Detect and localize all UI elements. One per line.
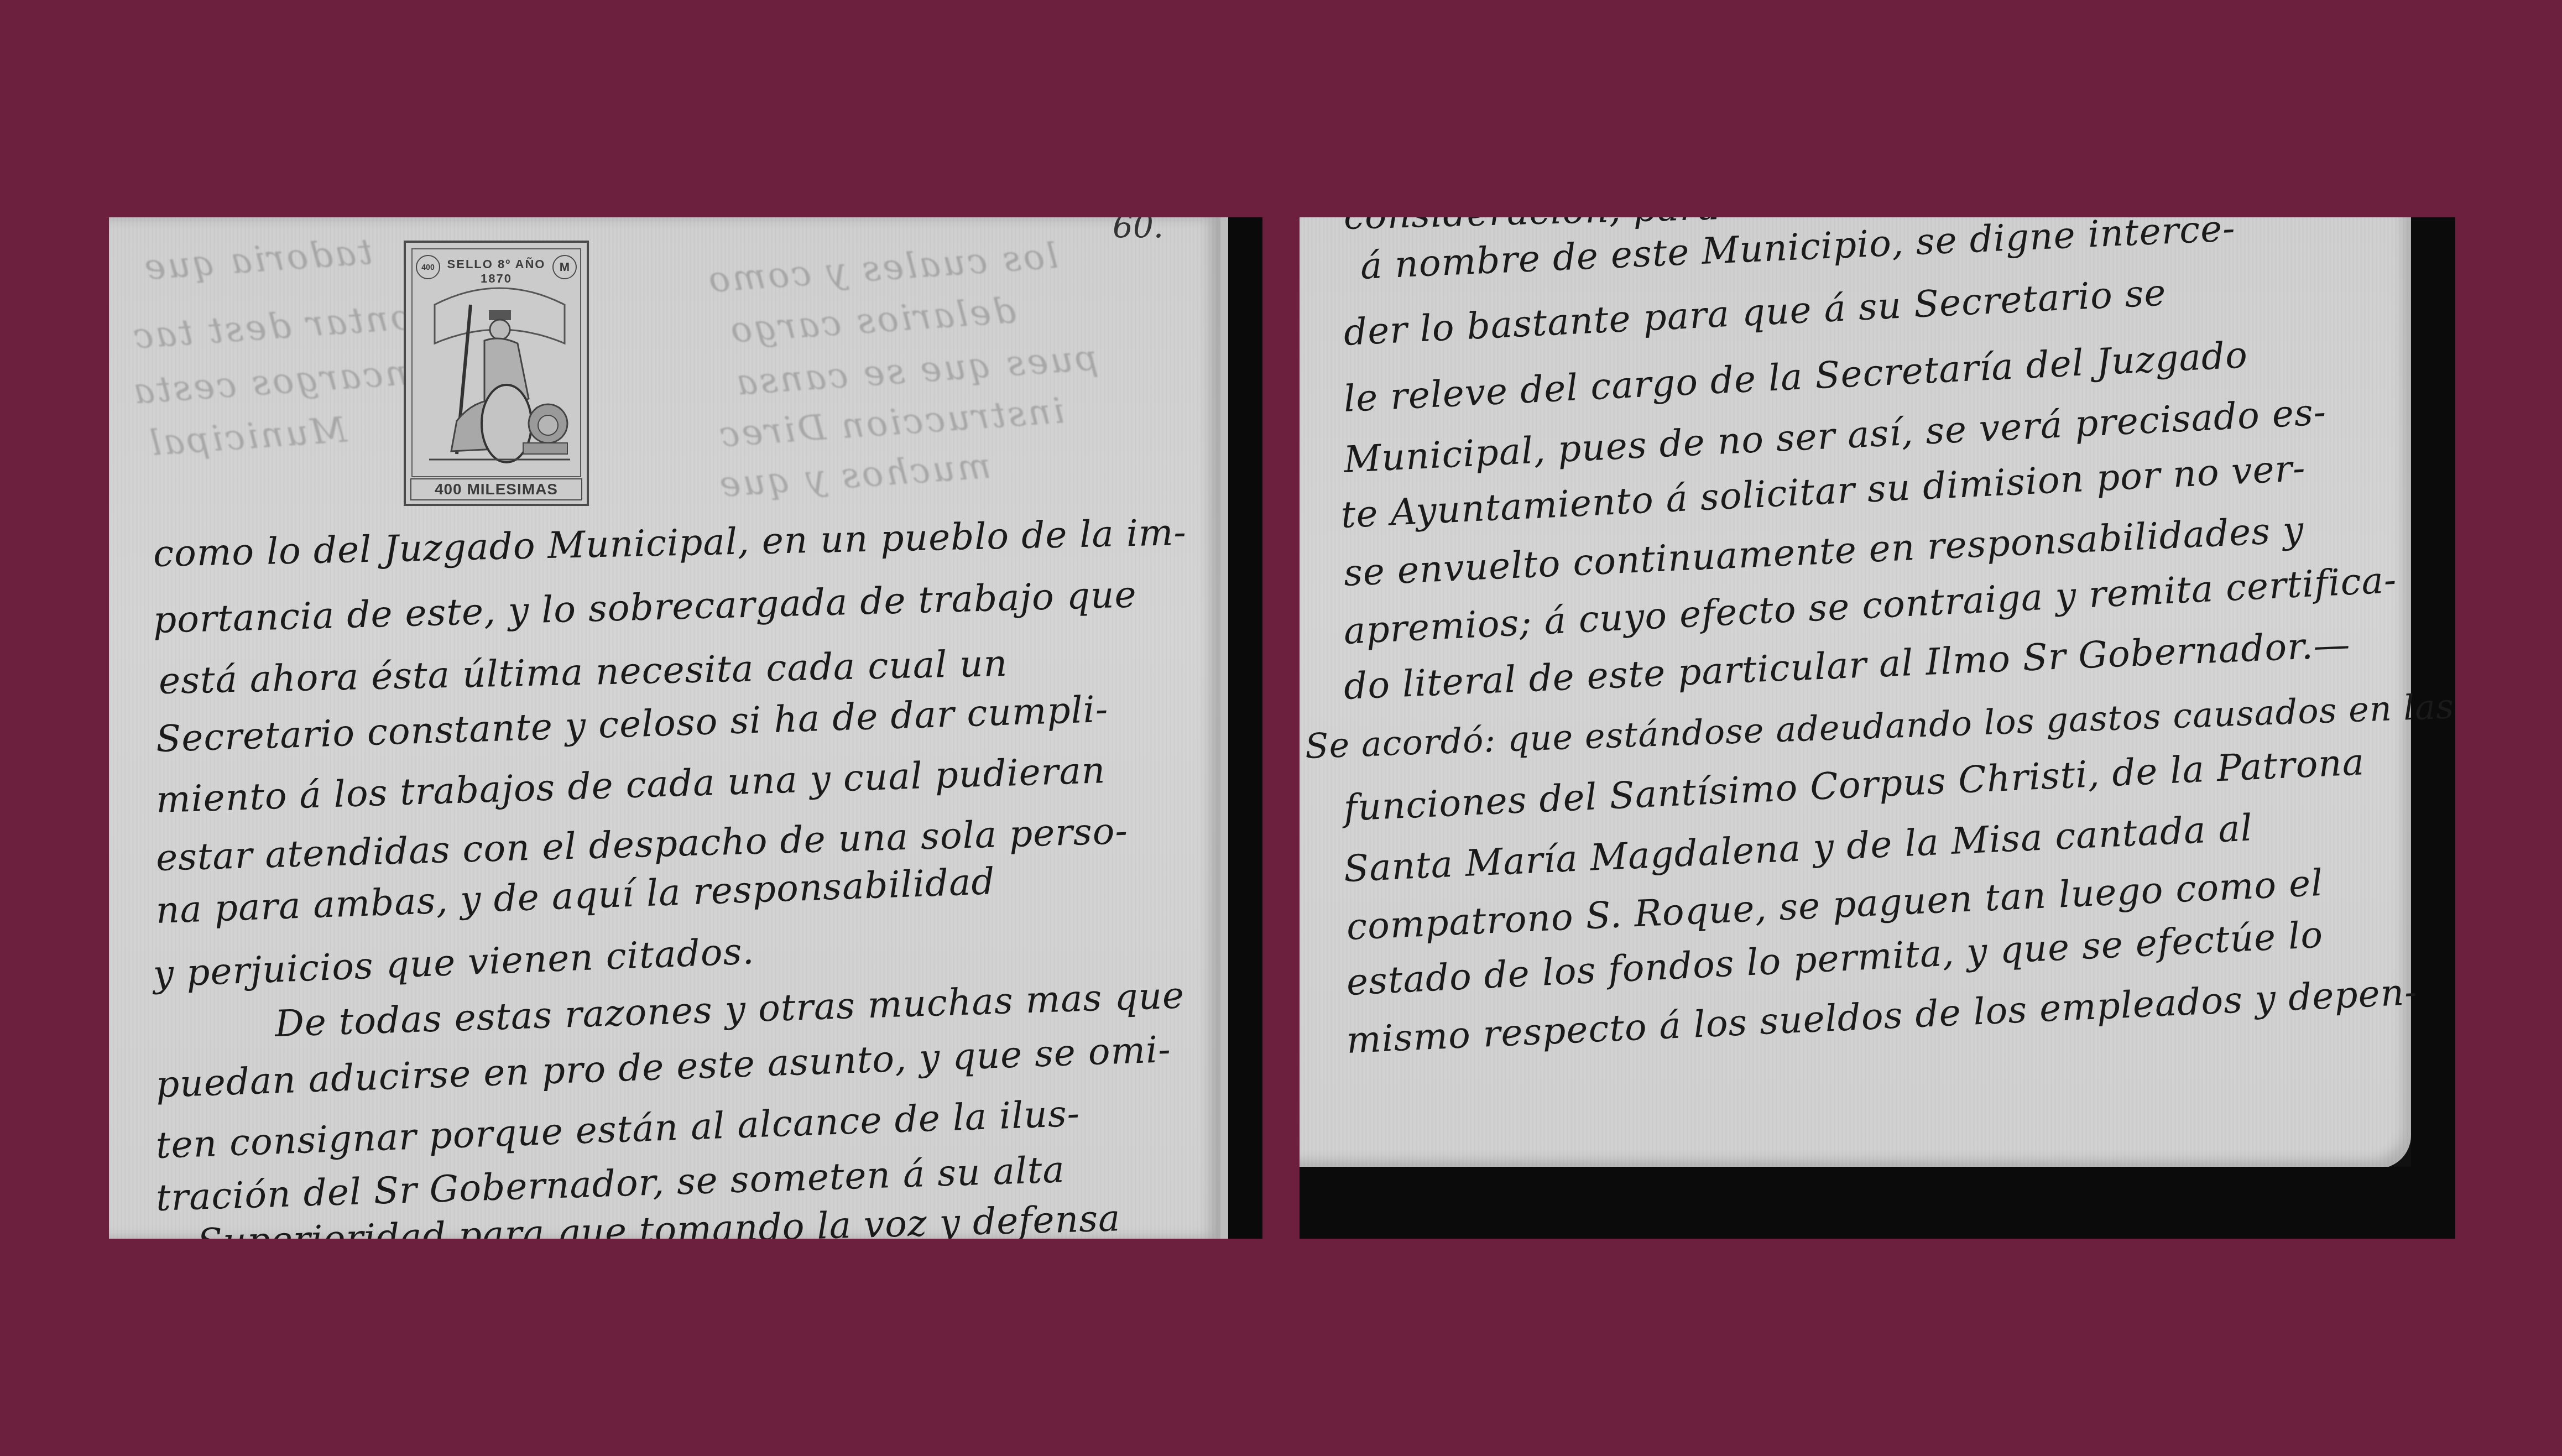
right-page-scan: consideracion, para á nombre de este Mun… [1300, 217, 2455, 1239]
stamp-frame: 400 M SELLO 8º AÑO 1870 [411, 248, 581, 477]
seated-allegory-with-lion-icon [424, 283, 576, 471]
scan-bottom-edge [1300, 1167, 2455, 1239]
scan-edge [2411, 217, 2455, 1239]
fiscal-stamp: 400 M SELLO 8º AÑO 1870 [404, 241, 589, 506]
folio-number: 60. [1113, 217, 1163, 245]
book-gutter [1228, 217, 1262, 1239]
stamp-header: SELLO 8º AÑO 1870 [413, 257, 580, 286]
stamp-value-label: 400 MILESIMAS [410, 478, 582, 500]
left-page-scan: tadoria que contar dest tac encargos ces… [109, 217, 1262, 1239]
